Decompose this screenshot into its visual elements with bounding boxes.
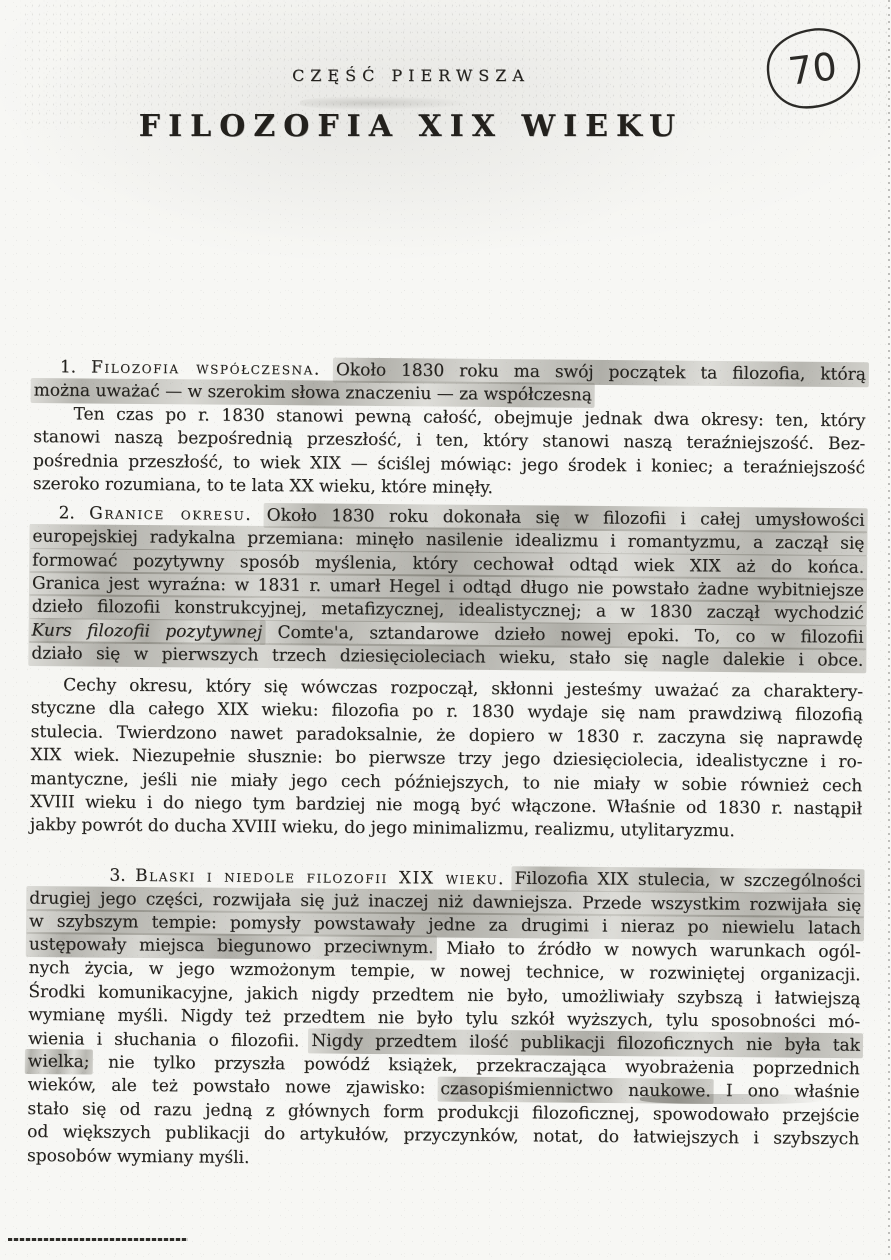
text-segment: szeroko rozumiana, to te lata XX wieku, … [33,474,493,498]
section-heading: Granice okresu. [89,504,252,525]
text-segment: wieków, ale też powstało nowe zjawisko: [28,1075,441,1099]
scan-edge-right [888,0,890,1260]
paragraph-granice-okresu: 2. Granice okresu. Około 1830 roku dokon… [31,502,864,673]
text-segment: 1. [60,357,91,377]
text-segment: sposobów wymiany myśli. [27,1145,250,1167]
text-column: 1. Filozofia współczesna. Około 1830 rok… [27,356,866,1175]
handwritten-page-number: 70 [759,24,869,116]
paragraph-ten-czas: Ten czas po r. 1830 stanowi pewną całość… [33,403,866,504]
paragraph-filozofia-wspolczesna: 1. Filozofia współczesna. Około 1830 rok… [34,356,866,410]
text-segment: Miało to źródło w nowych warunkach ogól- [433,938,860,962]
highlighted-text: ustępowały miejsca biegunowo przeciwnym. [26,932,437,961]
highlighted-text: wielka; [25,1049,93,1075]
text-segment: 2. [59,504,90,524]
text-segment: jakby powrót do ducha XVIII wieku, do je… [30,815,735,841]
section-heading: Blaski i niedole filozofii XIX wieku. [135,866,505,889]
text-segment: I ono właśnie [711,1081,860,1102]
text-line: działo się w pierwszych trzech dziesięci… [31,643,863,674]
section-heading: Filozofia współczesna. [91,357,321,379]
scanned-page: { "page_number": "70", "header": { "part… [0,0,891,1260]
page-title: FILOZOFIA XIX WIEKU [0,109,822,144]
highlighted-text: czasopiśmiennictwo naukowe. [437,1076,714,1103]
paragraph-cechy-okresu: Cechy okresu, który się wówczas rozpoczą… [30,674,863,845]
page-header: CZĘŚĆ PIERWSZA FILOZOFIA XIX WIEKU [0,66,822,144]
page-number: 70 [786,44,839,94]
text-segment: wienia i słuchania o filozofii. [28,1029,312,1051]
scan-edge-bottom-bar [8,1238,188,1241]
text-segment: 3. [109,865,135,885]
page-number-circle-icon: 70 [759,24,869,116]
part-label: CZĘŚĆ PIERWSZA [0,66,822,85]
paragraph-blaski-i-niedole: 3. Blaski i niedole filozofii XIX wieku.… [27,864,862,1175]
